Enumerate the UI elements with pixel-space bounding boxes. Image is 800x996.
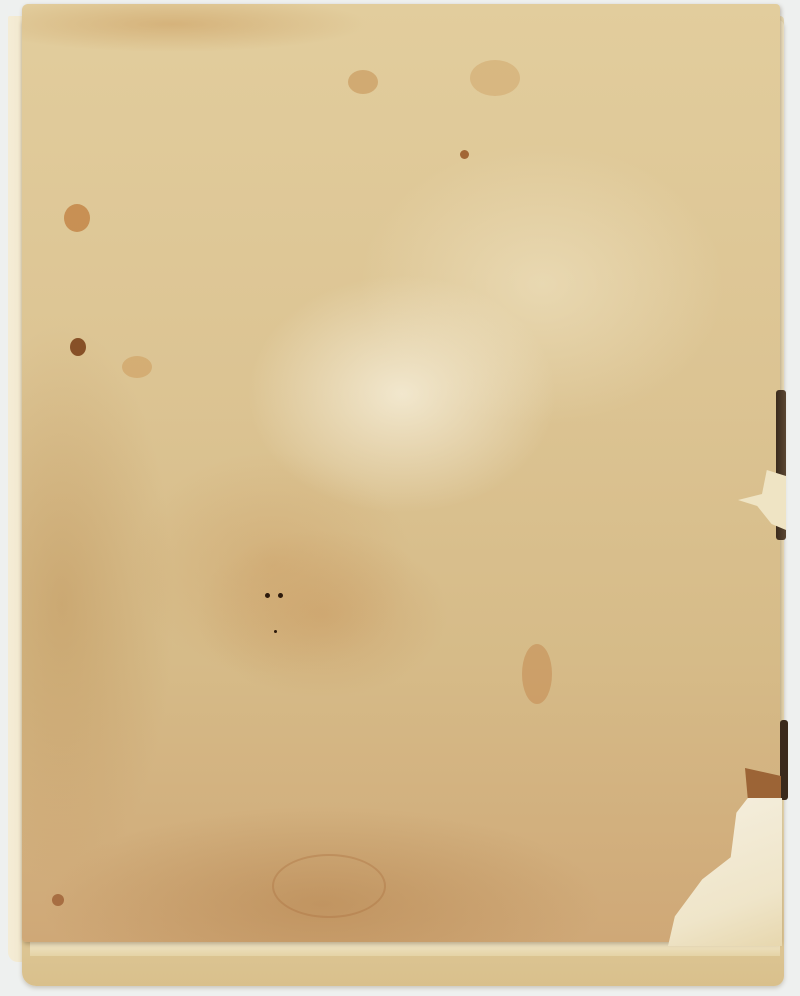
bottom-page-edge <box>30 940 780 956</box>
stain-spot <box>265 593 270 598</box>
stain-spot <box>274 630 277 633</box>
stain-spot <box>522 644 552 704</box>
stain-spot <box>122 356 152 378</box>
stain-spot <box>460 150 469 159</box>
stain-spot <box>70 338 86 356</box>
water-ring <box>272 854 386 918</box>
stain-spot <box>348 70 378 94</box>
stain-spot <box>278 593 283 598</box>
paper-cover <box>22 4 780 942</box>
binding-edge-lower <box>780 720 788 800</box>
stain-spot <box>52 894 64 906</box>
stain-spot <box>64 204 90 232</box>
stain-spot <box>470 60 520 96</box>
